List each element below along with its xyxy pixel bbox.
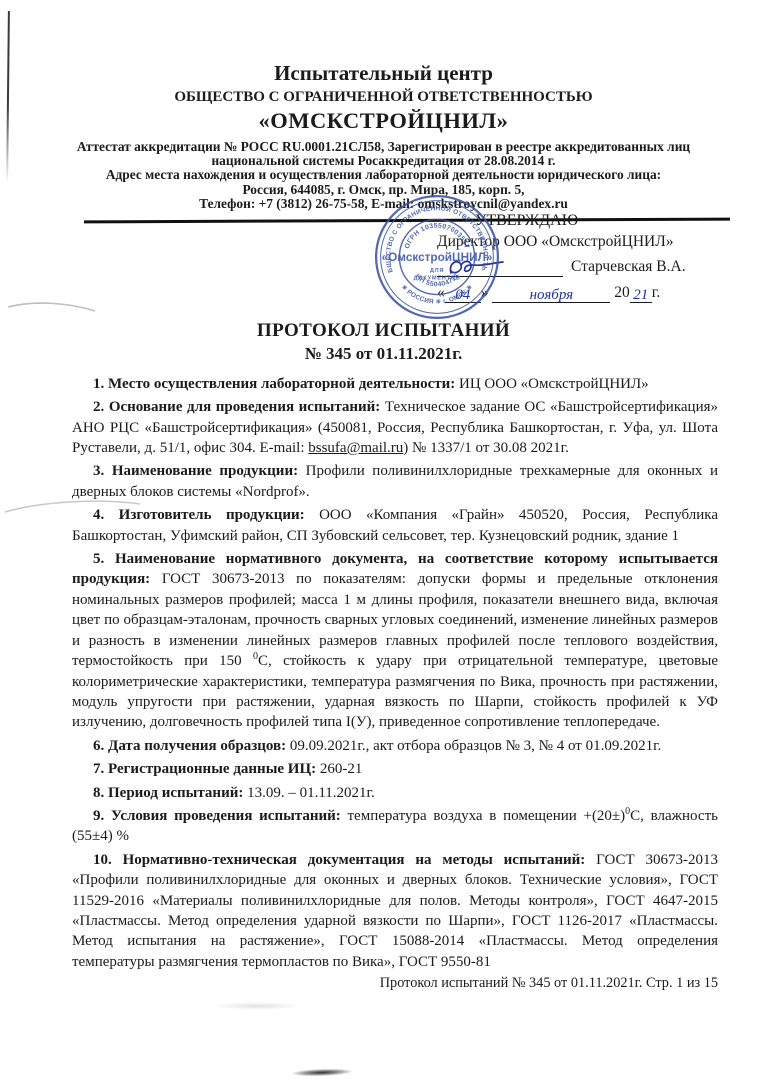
- protocol-title: ПРОТОКОЛ ИСПЫТАНИЙ: [0, 319, 767, 342]
- item-text: 13.09. – 01.11.2021г.: [247, 785, 375, 801]
- item-label: 7. Регистрационные данные ИЦ:: [93, 761, 320, 777]
- scanned-protocol-page: Испытательный центр ОБЩЕСТВО С ОГРАНИЧЕН…: [0, 0, 767, 1080]
- org-type-line: ОБЩЕСТВО С ОГРАНИЧЕННОЙ ОТВЕТСТВЕННОСТЬЮ: [0, 89, 767, 106]
- item-text: ) № 1337/1 от 30.08 2021г.: [403, 440, 569, 456]
- protocol-item: 4. Изготовитель продукции: ООО «Компания…: [72, 505, 718, 546]
- protocol-item: 10. Нормативно-техническая документация …: [72, 850, 718, 972]
- protocol-item: 3. Наименование продукции: Профили полив…: [72, 461, 718, 502]
- document-title-block: ПРОТОКОЛ ИСПЫТАНИЙ № 345 от 01.11.2021г.: [0, 319, 767, 365]
- item-text: ИЦ ООО «ОмскстройЦНИЛ»: [459, 376, 649, 392]
- protocol-item: 1. Место осуществления лабораторной деят…: [72, 374, 718, 394]
- year-field: 21: [630, 284, 652, 303]
- protocol-item: 7. Регистрационные данные ИЦ: 260-21: [72, 759, 718, 779]
- director-name: Старчевская В.А.: [571, 258, 686, 275]
- item-label: 8. Период испытаний:: [93, 785, 247, 801]
- month-field: ноября: [492, 284, 610, 303]
- year-suffix: г.: [652, 284, 660, 301]
- protocol-items: 1. Место осуществления лабораторной деят…: [72, 374, 718, 972]
- item-label: 9. Условия проведения испытаний:: [93, 808, 347, 824]
- round-stamp: ОБЩЕСТВО С ОГРАНИЧЕННОЙ ОТВЕТСТВЕННОСТЬЮ…: [370, 194, 504, 322]
- letterhead: Испытательный центр ОБЩЕСТВО С ОГРАНИЧЕН…: [0, 0, 767, 212]
- item-text: ГОСТ 30673-2013 «Профили поливинилхлорид…: [72, 852, 718, 970]
- protocol-item: 8. Период испытаний: 13.09. – 01.11.2021…: [72, 783, 718, 803]
- item-label: 6. Дата получения образцов:: [93, 738, 290, 754]
- accreditation-line: Аттестат аккредитации № РОСС RU.0001.21С…: [0, 140, 767, 154]
- stamp-for-text: ДЛЯ: [430, 268, 444, 274]
- protocol-number-date: № 345 от 01.11.2021г.: [0, 344, 767, 365]
- item-label: 1. Место осуществления лабораторной деят…: [93, 376, 459, 392]
- handwritten-year: 21: [633, 287, 648, 303]
- faint-smudge-artifact: [212, 1002, 302, 1010]
- protocol-item: 9. Условия проведения испытаний: темпера…: [72, 806, 718, 847]
- year-prefix: 20: [614, 284, 630, 301]
- ink-smudge-artifact: [283, 1067, 361, 1079]
- email-link-text[interactable]: bssufa@mail.ru: [308, 440, 403, 456]
- protocol-item: 6. Дата получения образцов: 09.09.2021г.…: [72, 736, 718, 756]
- stamp-center-name: «ОмскстройЦНИЛ»: [382, 251, 493, 264]
- stamp-documents-text: ДОКУМЕНТОВ: [413, 275, 460, 281]
- address-label-line: Адрес места нахождения и осуществления л…: [0, 168, 767, 182]
- item-label: 4. Изготовитель продукции:: [93, 507, 319, 523]
- page-footer: Протокол испытаний № 345 от 01.11.2021г.…: [72, 975, 718, 992]
- accreditation-line: национальной системы Росаккредитация от …: [0, 154, 767, 168]
- item-text: 09.09.2021г., акт отбора образцов № 3, №…: [290, 738, 661, 754]
- protocol-item: 5. Наименование нормативного документа, …: [72, 549, 718, 733]
- item-text: температура воздуха в помещении +(20±): [347, 808, 625, 824]
- testing-center-title: Испытательный центр: [0, 62, 767, 86]
- item-text: 260-21: [320, 761, 363, 777]
- item-label: 2. Основание для проведения испытаний:: [93, 399, 385, 415]
- protocol-item: 2. Основание для проведения испытаний: Т…: [72, 397, 718, 458]
- handwritten-month: ноября: [530, 287, 574, 303]
- org-name-line: «ОМСКСТРОЙЦНИЛ»: [0, 108, 767, 133]
- item-label: 10. Нормативно-техническая документация …: [93, 852, 596, 868]
- item-label: 3. Наименование продукции:: [93, 463, 306, 479]
